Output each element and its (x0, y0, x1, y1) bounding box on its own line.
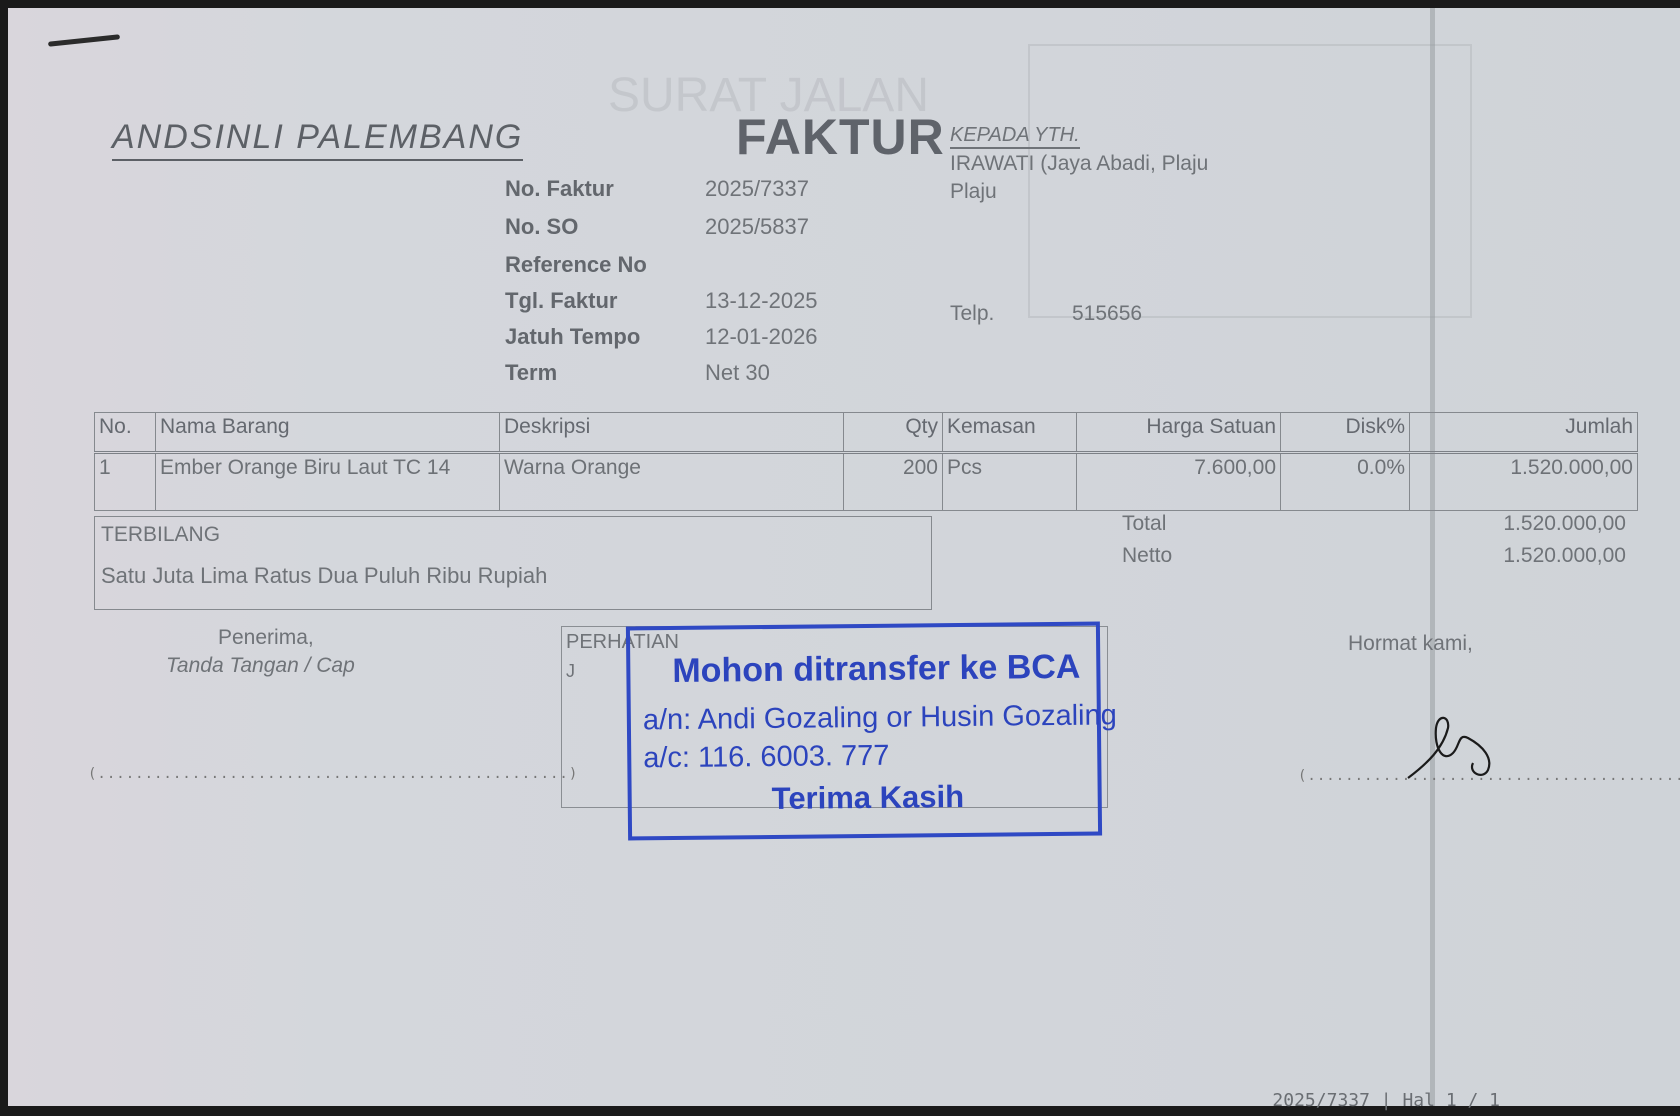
meta-label-tgl-faktur: Tgl. Faktur (505, 288, 617, 314)
meta-label-reference: Reference No (505, 252, 647, 278)
stamp-line-1: Mohon ditransfer ke BCA (672, 648, 1080, 691)
terbilang-label: TERBILANG (101, 523, 220, 547)
meta-label-no-faktur: No. Faktur (505, 176, 614, 202)
recipient-phone-label: Telp. (950, 302, 994, 326)
recipient-name: IRAWATI (Jaya Abadi, Plaju (950, 152, 1208, 176)
recipient-phone: 515656 (1072, 302, 1142, 326)
meta-label-no-so: No. SO (505, 214, 578, 240)
attention-sub: J (566, 661, 575, 682)
total-label: Total (1122, 512, 1166, 536)
stamp-line-4: Terima Kasih (772, 779, 965, 817)
col-jumlah: Jumlah (1410, 413, 1638, 453)
stamp-line-2: a/n: Andi Gozaling or Husin Gozaling (643, 699, 1117, 737)
meta-label-jatuh-tempo: Jatuh Tempo (505, 324, 640, 350)
total-value: 1.520.000,00 (1503, 512, 1626, 536)
table-header-row: No. Nama Barang Deskripsi Qty Kemasan Ha… (95, 413, 1638, 453)
meta-value-term: Net 30 (705, 360, 770, 386)
col-deskripsi: Deskripsi (500, 413, 844, 453)
stamp-line-3: a/c: 116. 6003. 777 (643, 740, 890, 776)
bank-transfer-stamp: Mohon ditransfer ke BCA a/n: Andi Gozali… (626, 622, 1102, 841)
cell-deskripsi: Warna Orange (500, 453, 844, 511)
bleed-through-box (1028, 44, 1472, 318)
terbilang-text: Satu Juta Lima Ratus Dua Puluh Ribu Rupi… (101, 563, 547, 589)
receiver-label: Penerima, (218, 626, 314, 650)
receiver-sign-label: Tanda Tangan / Cap (166, 654, 355, 678)
items-table: No. Nama Barang Deskripsi Qty Kemasan Ha… (94, 412, 1638, 511)
netto-value: 1.520.000,00 (1503, 544, 1626, 568)
table-row: 1 Ember Orange Biru Laut TC 14 Warna Ora… (95, 453, 1638, 511)
pen-mark (48, 34, 120, 46)
terbilang-box: TERBILANG Satu Juta Lima Ratus Dua Puluh… (94, 516, 932, 610)
recipient-city: Plaju (950, 180, 997, 204)
company-name: ANDSINLI PALEMBANG (112, 118, 523, 161)
cell-jumlah: 1.520.000,00 (1410, 453, 1638, 511)
col-harga-satuan: Harga Satuan (1077, 413, 1281, 453)
meta-value-jatuh-tempo: 12-01-2026 (705, 324, 818, 350)
page-footer: 2025/7337 | Hal 1 / 1 (1272, 1090, 1500, 1111)
document-title: FAKTUR (736, 108, 945, 166)
col-disk: Disk% (1281, 413, 1410, 453)
recipient-heading: KEPADA YTH. (950, 124, 1080, 149)
receiver-signature-line: (.......................................… (88, 766, 578, 782)
meta-value-no-faktur: 2025/7337 (705, 176, 809, 202)
meta-label-term: Term (505, 360, 557, 386)
col-kemasan: Kemasan (943, 413, 1077, 453)
invoice-paper: SURAT JALAN ANDSINLI PALEMBANG FAKTUR No… (8, 8, 1680, 1106)
meta-value-tgl-faktur: 13-12-2025 (705, 288, 818, 314)
col-qty: Qty (844, 413, 943, 453)
sender-signature-line: (.......................................… (1298, 768, 1680, 784)
col-nama-barang: Nama Barang (156, 413, 500, 453)
cell-disk: 0.0% (1281, 453, 1410, 511)
meta-value-no-so: 2025/5837 (705, 214, 809, 240)
closing-text: Hormat kami, (1348, 632, 1473, 656)
netto-label: Netto (1122, 544, 1172, 568)
cell-harga-satuan: 7.600,00 (1077, 453, 1281, 511)
cell-nama-barang: Ember Orange Biru Laut TC 14 (156, 453, 500, 511)
cell-kemasan: Pcs (943, 453, 1077, 511)
cell-qty: 200 (844, 453, 943, 511)
cell-no: 1 (95, 453, 156, 511)
col-no: No. (95, 413, 156, 453)
